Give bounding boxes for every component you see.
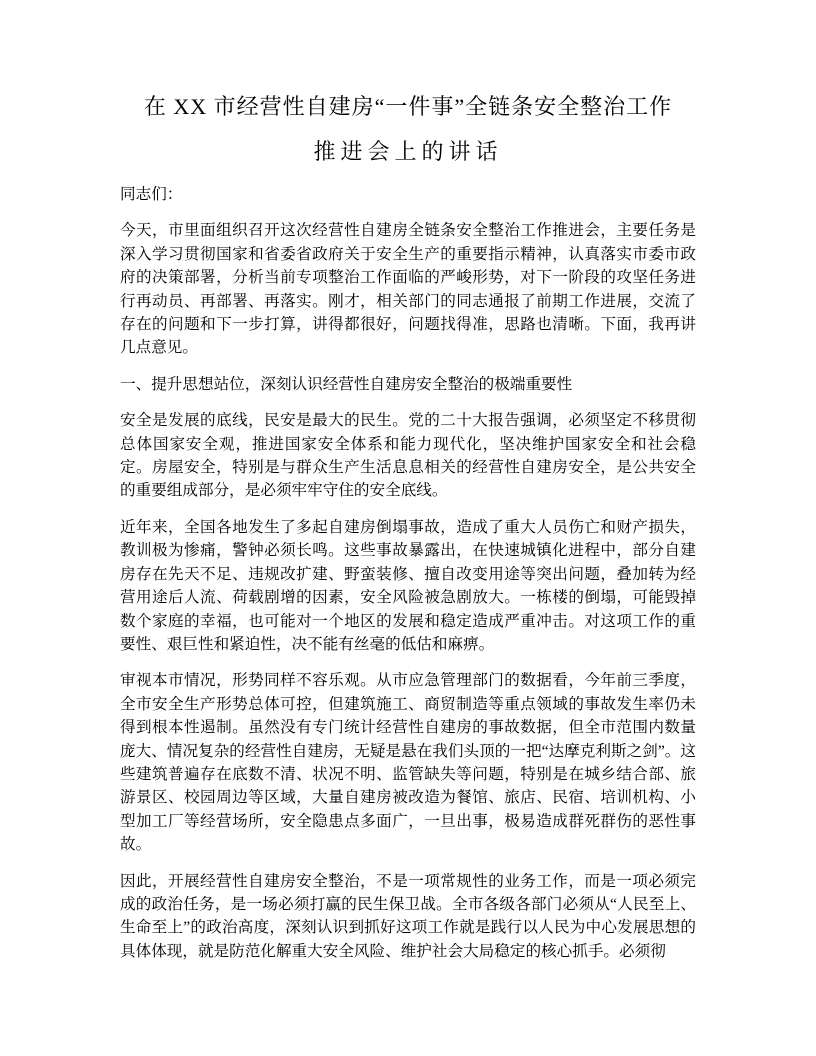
paragraph-safety-bottom-line: 安全是发展的底线，民安是最大的民生。党的二十大报告强调，必须坚定不移贯彻总体国家… xyxy=(120,409,696,503)
salutation: 同志们： xyxy=(120,183,696,206)
paragraph-national-accidents: 近年来，全国各地发生了多起自建房倒塌事故，造成了重大人员伤亡和财产损失，教训极为… xyxy=(120,516,696,656)
section-heading-1: 一、提升思想站位，深刻认识经营性自建房安全整治的极端重要性 xyxy=(120,373,696,396)
document-title: 在 XX 市经营性自建房“一件事”全链条安全整治工作 推进会上的讲话 xyxy=(120,84,696,174)
paragraph-city-situation: 审视本市情况，形势同样不容乐观。从市应急管理部门的数据看，今年前三季度，全市安全… xyxy=(120,669,696,856)
paragraph-intro: 今天，市里面组织召开这次经营性自建房全链条安全整治工作推进会，主要任务是深入学习… xyxy=(120,219,696,359)
paragraph-political-task: 因此，开展经营性自建房安全整治，不是一项常规性的业务工作，而是一项必须完成的政治… xyxy=(120,870,696,964)
document-page: 在 XX 市经营性自建房“一件事”全链条安全整治工作 推进会上的讲话 同志们： … xyxy=(0,0,816,1056)
document-title-line-2: 推进会上的讲话 xyxy=(120,129,696,174)
document-title-line-1: 在 XX 市经营性自建房“一件事”全链条安全整治工作 xyxy=(120,84,696,129)
